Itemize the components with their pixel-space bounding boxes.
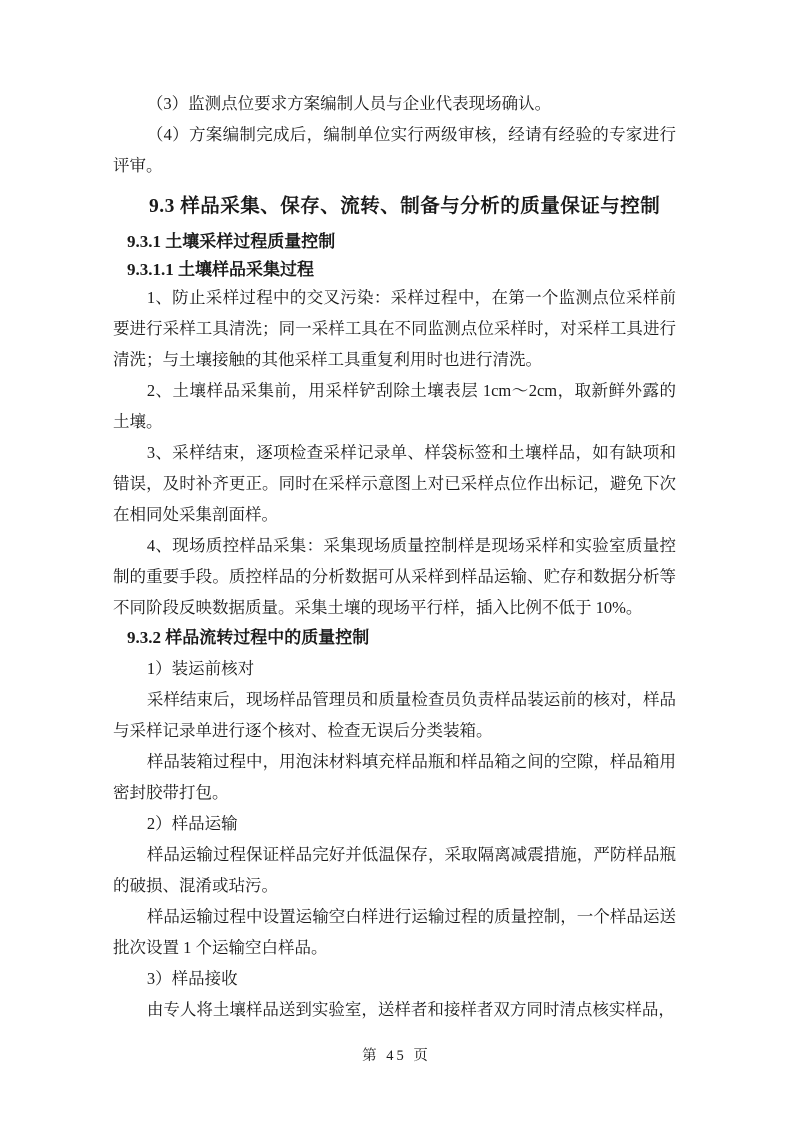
document-body: （3）监测点位要求方案编制人员与企业代表现场确认。 （4）方案编制完成后，编制单…: [113, 88, 676, 1025]
paragraph-list-item-3: （3）监测点位要求方案编制人员与企业代表现场确认。: [113, 88, 676, 119]
paragraph-list-item-4: （4）方案编制完成后，编制单位实行两级审核，经请有经验的专家进行评审。: [113, 119, 676, 181]
section-heading-9-3-1-1: 9.3.1.1 土壤样品采集过程: [113, 257, 676, 282]
paragraph-item-4: 4、现场质控样品采集：采集现场质量控制样是现场采样和实验室质量控制的重要手段。质…: [113, 530, 676, 623]
paragraph-transport-blank: 样品运输过程中设置运输空白样进行运输过程的质量控制，一个样品运送批次设置 1 个…: [113, 901, 676, 963]
paragraph-sample-receiving: 由专人将土壤样品送到实验室，送样者和接样者双方同时清点核实样品，: [113, 994, 676, 1025]
section-heading-9-3-1: 9.3.1 土壤采样过程质量控制: [113, 227, 676, 257]
section-heading-9-3: 9.3 样品采集、保存、流转、制备与分析的质量保证与控制: [113, 192, 676, 222]
paragraph-packing: 样品装箱过程中，用泡沫材料填充样品瓶和样品箱之间的空隙，样品箱用密封胶带打包。: [113, 746, 676, 808]
paragraph-item-1: 1、防止采样过程中的交叉污染：采样过程中，在第一个监测点位采样前要进行采样工具清…: [113, 282, 676, 375]
paragraph-transport-care: 样品运输过程保证样品完好并低温保存，采取隔离减震措施，严防样品瓶的破损、混淆或玷…: [113, 839, 676, 901]
subitem-heading-3: 3）样品接收: [113, 963, 676, 994]
section-heading-9-3-2: 9.3.2 样品流转过程中的质量控制: [113, 623, 676, 653]
paragraph-item-3: 3、采样结束，逐项检查采样记录单、样袋标签和土壤样品，如有缺项和错误，及时补齐更…: [113, 437, 676, 530]
paragraph-pre-shipment-check: 采样结束后，现场样品管理员和质量检查员负责样品装运前的核对，样品与采样记录单进行…: [113, 684, 676, 746]
paragraph-item-2: 2、土壤样品采集前，用采样铲刮除土壤表层 1cm～2cm，取新鲜外露的土壤。: [113, 375, 676, 437]
subitem-heading-2: 2）样品运输: [113, 808, 676, 839]
subitem-heading-1: 1）装运前核对: [113, 653, 676, 684]
document-page: （3）监测点位要求方案编制人员与企业代表现场确认。 （4）方案编制完成后，编制单…: [0, 0, 793, 1122]
footer-page-number: 第 45 页: [0, 1044, 793, 1065]
